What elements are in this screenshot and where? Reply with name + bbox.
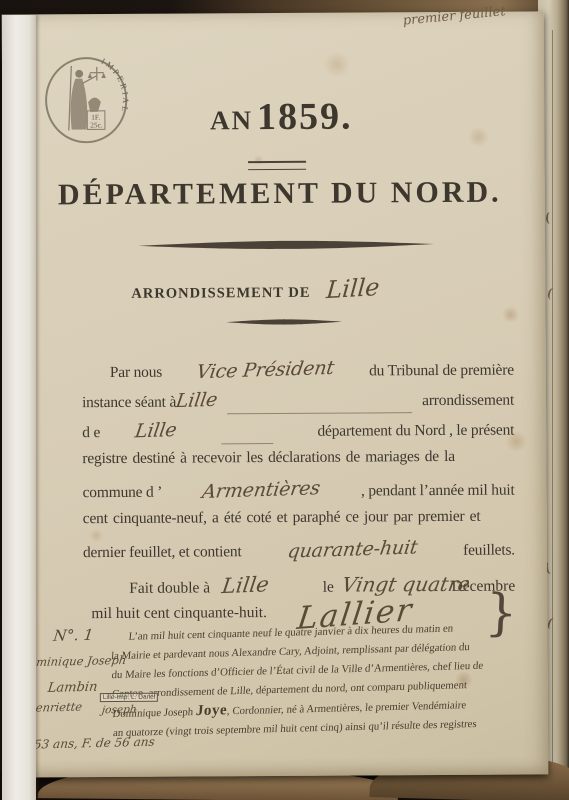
pen-flourish-line <box>221 442 273 444</box>
printed-text: département du Nord , le présent <box>317 422 514 441</box>
declaration-line: registre destiné à recevoir les déclarat… <box>82 448 514 481</box>
binding-tape <box>2 15 36 800</box>
groom-surname-emphasis: Joye <box>195 702 227 719</box>
printed-year-line: mil huit cent cinquante-huit. <box>91 604 267 623</box>
swelled-rule-small <box>224 318 344 327</box>
pen-flourish-line <box>227 411 412 414</box>
department-heading: DÉPARTEMENT DU NORD. <box>9 175 551 212</box>
printed-text: le <box>323 579 334 597</box>
year-number: 1859. <box>257 96 353 139</box>
printed-text: instance séant à <box>82 394 176 413</box>
handwritten-place: Lille <box>220 572 270 598</box>
printed-text: Fait double à <box>129 579 210 597</box>
printed-text: feuillets. <box>463 542 515 560</box>
stain <box>322 53 352 77</box>
arrondissement-label: ARRONDISSEMENT DE <box>131 285 310 302</box>
printed-text: du Tribunal de première <box>369 362 514 381</box>
printed-text: , pendant l’année mil huit <box>361 482 515 501</box>
declaration-paragraph: Par nous Vice Président du Tribunal de p… <box>82 358 515 571</box>
handwritten-fill-commune: Armentières <box>201 477 322 503</box>
handwritten-fill-count: quarante-huit <box>286 536 419 562</box>
act-text-segment: , Cordonnier, né à Armentières, le premi… <box>227 699 467 717</box>
year-word: AN <box>210 105 253 135</box>
double-rule-ornament <box>248 161 306 170</box>
closing-line: Fait double à Lille le Vingt quatre Déce… <box>83 572 515 599</box>
swelled-rule-ornament <box>136 238 436 252</box>
declaration-line: Par nous Vice Président du Tribunal de p… <box>82 358 514 391</box>
handwritten-fill-city: Lille <box>174 389 218 412</box>
handwritten-fill-title: Vice Président <box>195 357 336 383</box>
handwritten-fill-city: Lille <box>133 419 177 442</box>
declaration-line: instance séant à Lille arrondissement <box>82 388 514 421</box>
register-title-page: IMPERIAL 1F. 25c. premier feuillet AN 18… <box>2 11 549 777</box>
printer-mark: Lille-Imp. L. Danel <box>100 693 158 702</box>
printed-text: d e <box>82 424 100 442</box>
act-text-segment: Dominique Joseph <box>112 706 196 720</box>
declaration-line: dernier feuillet, et contient quarante-h… <box>83 538 515 571</box>
ink-bleed-mark <box>546 617 557 631</box>
declaration-line: d e Lille département du Nord , le prése… <box>82 418 514 451</box>
printed-text: Par nous <box>110 364 162 382</box>
stain <box>501 307 519 323</box>
act-body: L’an mil huit cent cinquante neuf le qua… <box>110 617 549 743</box>
handwritten-date: Vingt quatre <box>340 572 472 597</box>
arrondissement-value-handwritten: Lille <box>325 273 380 304</box>
declaration-line: commune d ’ Armentières , pendant l’anné… <box>83 478 515 511</box>
margin-surname: Lambin <box>47 680 98 696</box>
arrondissement-row: ARRONDISSEMENT DELille <box>131 274 379 304</box>
printed-text: dernier feuillet, et contient <box>83 543 242 562</box>
year-title: AN 1859. <box>10 93 552 140</box>
page-edge-crease <box>552 30 553 770</box>
printed-text: arrondissement <box>422 392 514 411</box>
ink-bleed-mark <box>546 212 554 224</box>
ink-bleed-mark <box>547 287 558 301</box>
scanned-register-photo: IMPERIAL 1F. 25c. premier feuillet AN 18… <box>0 0 569 800</box>
act-number: N°. 1 <box>52 626 94 645</box>
declaration-line: cent cinquante-neuf, a été coté et parap… <box>83 508 515 541</box>
printed-text: commune d ’ <box>83 484 163 502</box>
